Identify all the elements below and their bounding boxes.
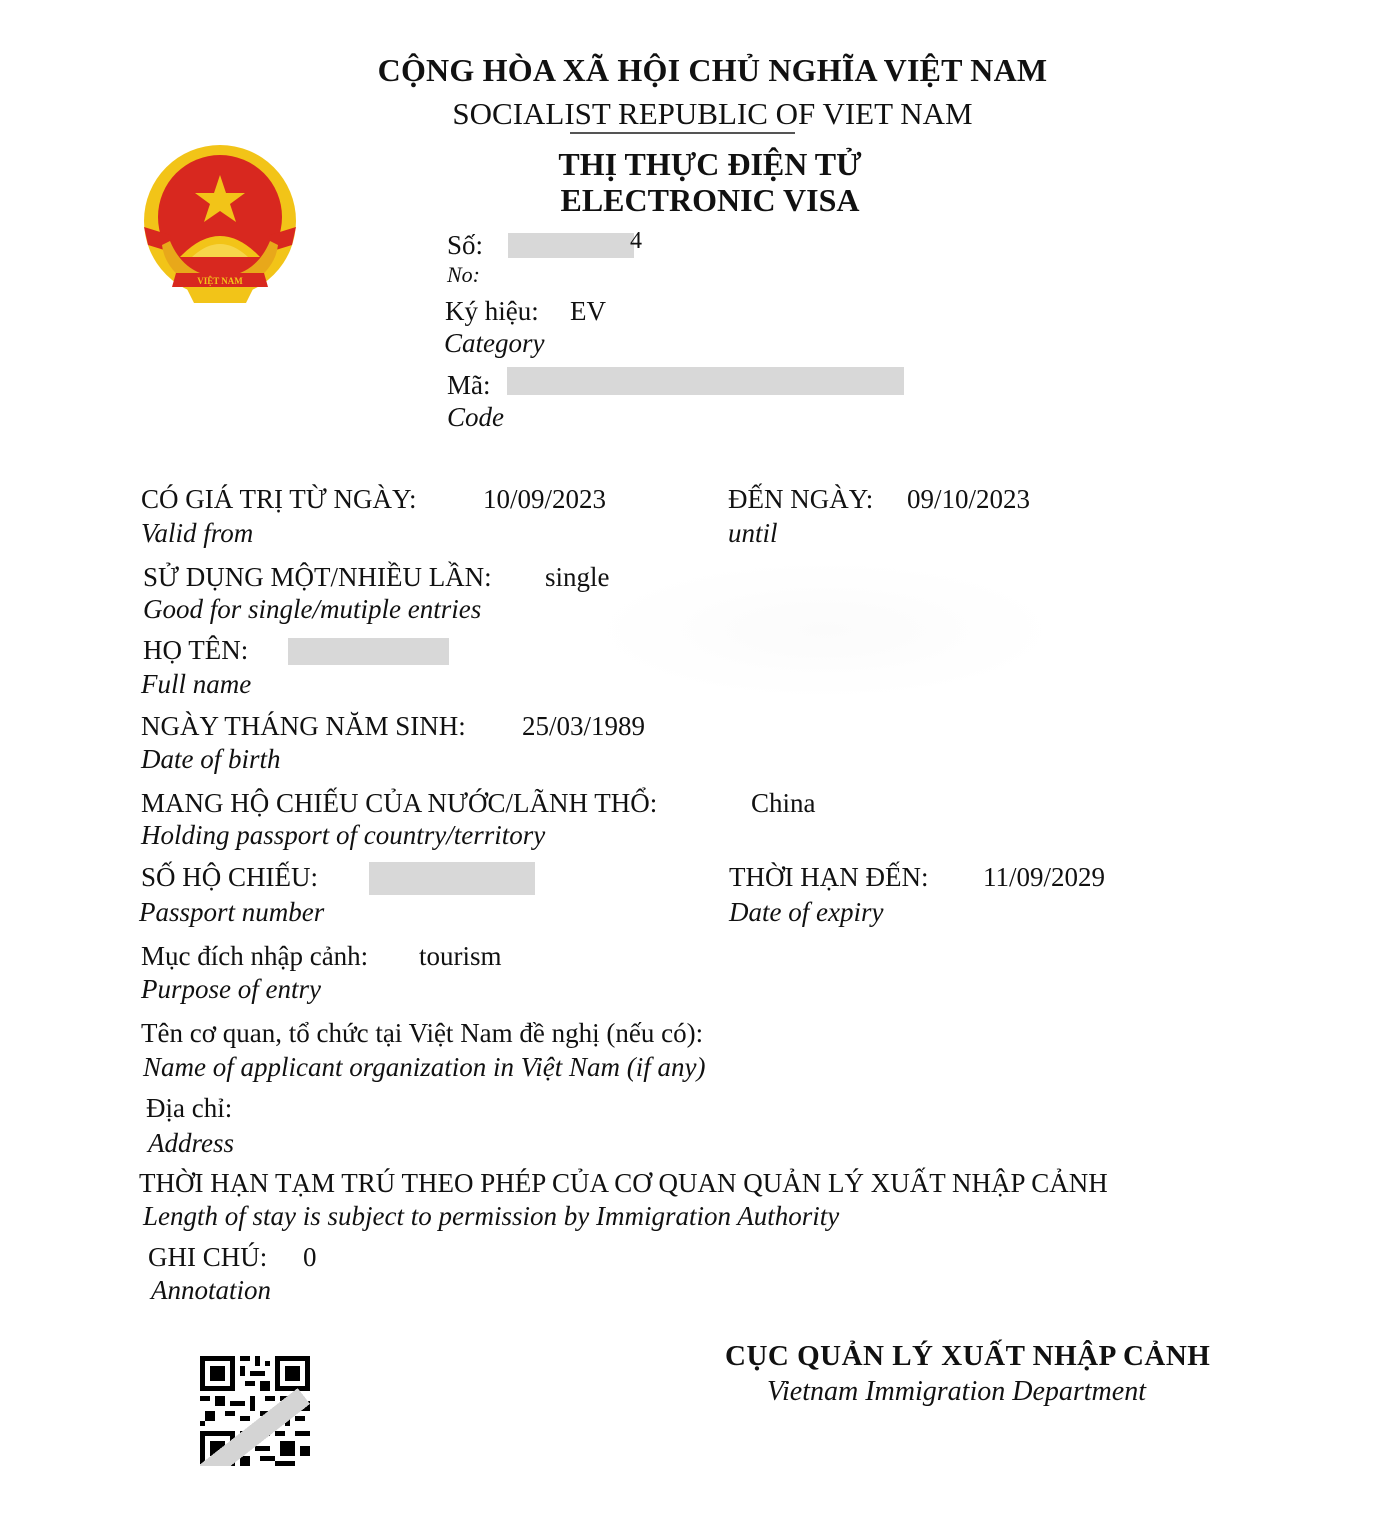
code-redaction [507,367,904,395]
category-label-en: Category [444,328,545,359]
authority-name-vn: CỤC QUẢN LÝ XUẤT NHẬP CẢNH [725,1340,1210,1373]
stay-label: THỜI HẠN TẠM TRÚ THEO PHÉP CỦA CƠ QUAN Q… [139,1168,1108,1199]
passport-expiry-label: THỜI HẠN ĐẾN: [729,862,928,893]
country-name-en: SOCIALIST REPUBLIC OF VIET NAM [0,96,1380,132]
organization-label-en: Name of applicant organization in Việt N… [143,1052,705,1083]
passport-number-label: SỐ HỘ CHIẾU: [141,862,318,893]
full-name-label: HỌ TÊN: [143,635,248,666]
vietnam-emblem-icon: VIỆT NAM [140,145,300,307]
country-name-vn: CỘNG HÒA XÃ HỘI CHỦ NGHĨA VIỆT NAM [0,52,1380,89]
category-value: EV [570,296,606,327]
dob-value: 25/03/1989 [522,711,645,742]
background-smudge [590,560,1060,700]
qr-code-icon [200,1356,310,1466]
number-trailing-char: 4 [630,228,642,255]
number-redaction [508,233,634,258]
organization-label: Tên cơ quan, tổ chức tại Việt Nam đề ngh… [141,1018,703,1049]
nationality-label-en: Holding passport of country/territory [141,820,545,851]
address-label-en: Address [148,1128,234,1159]
full-name-redaction [288,638,449,665]
valid-from-value: 10/09/2023 [483,484,606,515]
until-value: 09/10/2023 [907,484,1030,515]
valid-from-label: CÓ GIÁ TRỊ TỪ NGÀY: [141,484,416,515]
passport-number-redaction [369,862,535,895]
passport-number-label-en: Passport number [139,897,324,928]
passport-expiry-value: 11/09/2029 [983,862,1105,893]
authority-name-en: Vietnam Immigration Department [767,1376,1146,1408]
nationality-label: MANG HỘ CHIẾU CỦA NƯỚC/LÃNH THỔ: [141,788,657,819]
valid-from-label-en: Valid from [141,518,253,549]
category-label: Ký hiệu: [445,296,539,327]
stay-label-en: Length of stay is subject to permission … [143,1201,839,1232]
entries-label: SỬ DỤNG MỘT/NHIỀU LẦN: [143,562,492,593]
purpose-label-en: Purpose of entry [141,974,321,1005]
entries-label-en: Good for single/mutiple entries [143,594,481,625]
code-label-en: Code [447,402,504,433]
entries-value: single [545,562,610,593]
purpose-label: Mục đích nhập cảnh: [141,941,368,972]
annotation-label-en: Annotation [151,1275,271,1306]
until-label-en: until [728,518,778,549]
annotation-label: GHI CHÚ: [148,1242,267,1273]
number-label-en: No: [447,262,480,288]
full-name-label-en: Full name [141,669,251,700]
svg-text:VIỆT NAM: VIỆT NAM [197,276,243,286]
header-divider [570,132,795,134]
number-label: Số: [447,230,483,261]
nationality-value: China [751,788,816,819]
until-label: ĐẾN NGÀY: [728,484,873,515]
dob-label-en: Date of birth [141,744,281,775]
code-label: Mã: [447,370,491,401]
dob-label: NGÀY THÁNG NĂM SINH: [141,711,466,742]
annotation-value: 0 [303,1242,317,1273]
purpose-value: tourism [419,941,502,972]
passport-expiry-label-en: Date of expiry [729,897,883,928]
address-label: Địa chỉ: [146,1093,232,1124]
